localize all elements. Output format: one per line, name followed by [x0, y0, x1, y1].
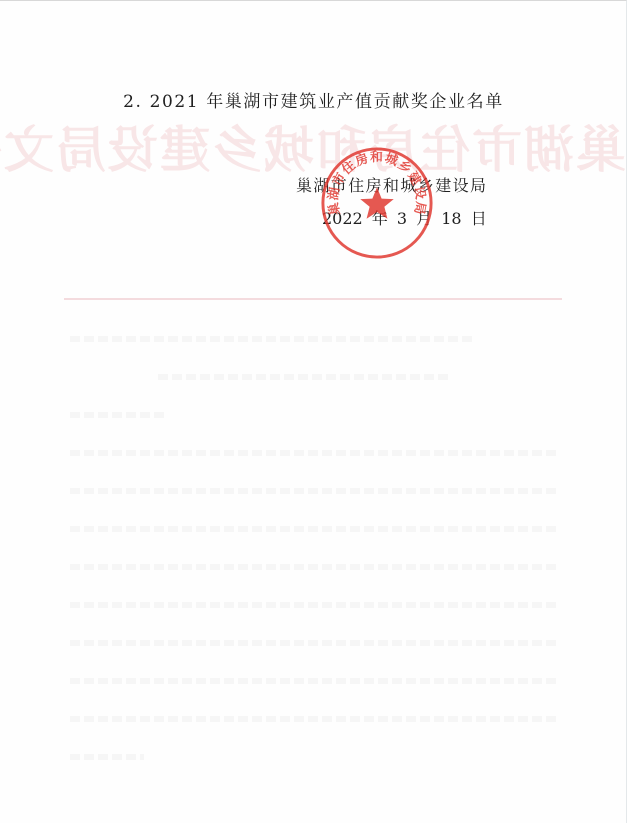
attachment-title: 2. 2021 年巢湖市建筑业产值贡献奖企业名单 — [0, 87, 627, 112]
issuer-name: 巢湖市住房和城乡建设局 — [296, 173, 487, 196]
bleed-line — [70, 564, 560, 570]
bleed-line — [70, 678, 560, 684]
bleed-line — [70, 640, 560, 646]
bleed-line — [158, 374, 452, 380]
bleed-line — [70, 488, 560, 494]
bleed-line — [70, 336, 472, 342]
issue-date: 2022 年 3 月 18 日 — [322, 206, 487, 229]
bleed-line — [70, 754, 144, 760]
bleed-line — [70, 716, 560, 722]
bleed-line — [70, 450, 560, 456]
bleed-line — [70, 526, 560, 532]
bleed-through-red-rule — [64, 298, 562, 300]
bleed-through-header: 巢湖市住房和城乡建设局文件 — [66, 119, 626, 181]
document-page: 巢湖市住房和城乡建设局文件 2. 2021 年巢湖市建筑业产值贡献奖企业名单 巢… — [0, 0, 627, 823]
bleed-line — [70, 412, 168, 418]
bleed-line — [70, 602, 560, 608]
bleed-through-body — [70, 336, 560, 792]
